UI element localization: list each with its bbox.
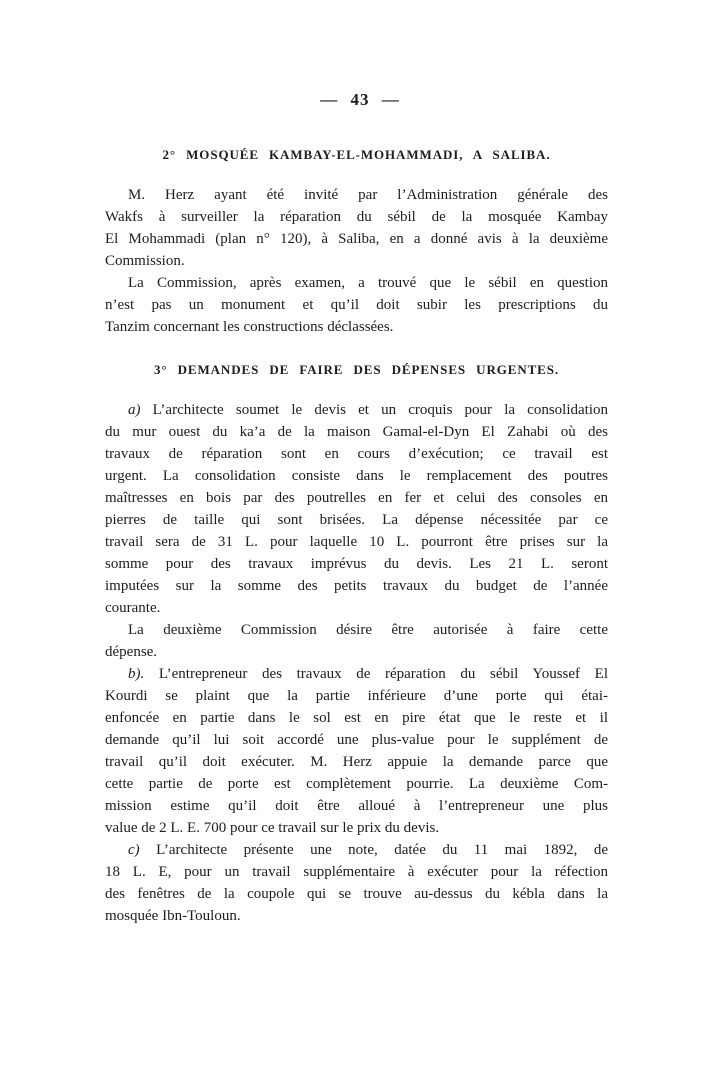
text-line: mission estime qu’il doit être alloué à … — [105, 795, 608, 817]
text-line: dépense. — [105, 641, 608, 663]
text-line: value de 2 L. E. 700 pour ce travail sur… — [105, 817, 608, 839]
text-line: maîtresses en bois par des poutrelles en… — [105, 487, 608, 509]
text-line: des fenêtres de la coupole qui se trouve… — [105, 883, 608, 905]
item-letter-marker: a) — [128, 402, 141, 418]
paragraph: La deuxième Commission désire être autor… — [105, 619, 608, 663]
text-line: travail qu’il doit exécuter. M. Herz app… — [105, 751, 608, 773]
text-line: 18 L. E, pour un travail supplémentaire … — [105, 861, 608, 883]
paragraph: b). L’entrepreneur des travaux de répara… — [105, 663, 608, 839]
text-line: M. Herz ayant été invité par l’Administr… — [105, 184, 608, 206]
text-line: Wakfs à surveiller la réparation du sébi… — [105, 206, 608, 228]
paragraph: c) L’architecte présente une note, datée… — [105, 839, 608, 927]
text-line: b). L’entrepreneur des travaux de répara… — [105, 663, 608, 685]
text-line: La Commission, après examen, a trouvé qu… — [105, 272, 608, 294]
text-line: cette partie de porte est complètement p… — [105, 773, 608, 795]
text-line: courante. — [105, 597, 608, 619]
item-letter-marker: b). — [128, 666, 144, 682]
text-line: c) L’architecte présente une note, datée… — [105, 839, 608, 861]
text-line: La deuxième Commission désire être autor… — [105, 619, 608, 641]
text-line: urgent. La consolidation consiste dans l… — [105, 465, 608, 487]
paragraph: La Commission, après examen, a trouvé qu… — [105, 272, 608, 338]
text-line: n’est pas un monument et qu’il doit subi… — [105, 294, 608, 316]
text-line: El Mohammadi (plan n° 120), à Saliba, en… — [105, 228, 608, 250]
text-line: demande qu’il lui soit accordé une plus-… — [105, 729, 608, 751]
text-line: mosquée Ibn-Touloun. — [105, 905, 608, 927]
item-letter-marker: c) — [128, 842, 140, 858]
section-heading: 3° DEMANDES DE FAIRE DES DÉPENSES URGENT… — [105, 362, 608, 377]
text-line: du mur ouest du ka’a de la maison Gamal-… — [105, 421, 608, 443]
text-line: pierres de taille qui sont brisées. La d… — [105, 509, 608, 531]
text-line: imputées sur la somme des petits travaux… — [105, 575, 608, 597]
text-line: somme pour des travaux imprévus du devis… — [105, 553, 608, 575]
text-line: a) L’architecte soumet le devis et un cr… — [105, 399, 608, 421]
text-line: enfoncée en partie dans le sol est en pi… — [105, 707, 608, 729]
text-line: travaux de réparation sont en cours d’ex… — [105, 443, 608, 465]
body-content: 2° MOSQUÉE KAMBAY-EL-MOHAMMADI, A SALIBA… — [105, 147, 608, 927]
paragraph: a) L’architecte soumet le devis et un cr… — [105, 399, 608, 619]
paragraph: M. Herz ayant été invité par l’Administr… — [105, 184, 608, 272]
page-number: — 43 — — [0, 90, 720, 110]
section-heading: 2° MOSQUÉE KAMBAY-EL-MOHAMMADI, A SALIBA… — [105, 147, 608, 162]
document-page: — 43 — 2° MOSQUÉE KAMBAY-EL-MOHAMMADI, A… — [0, 0, 720, 1079]
text-line: Tanzim concernant les constructions décl… — [105, 316, 608, 338]
text-line: travail sera de 31 L. pour laquelle 10 L… — [105, 531, 608, 553]
text-line: Kourdi se plaint que la partie inférieur… — [105, 685, 608, 707]
text-line: Commission. — [105, 250, 608, 272]
